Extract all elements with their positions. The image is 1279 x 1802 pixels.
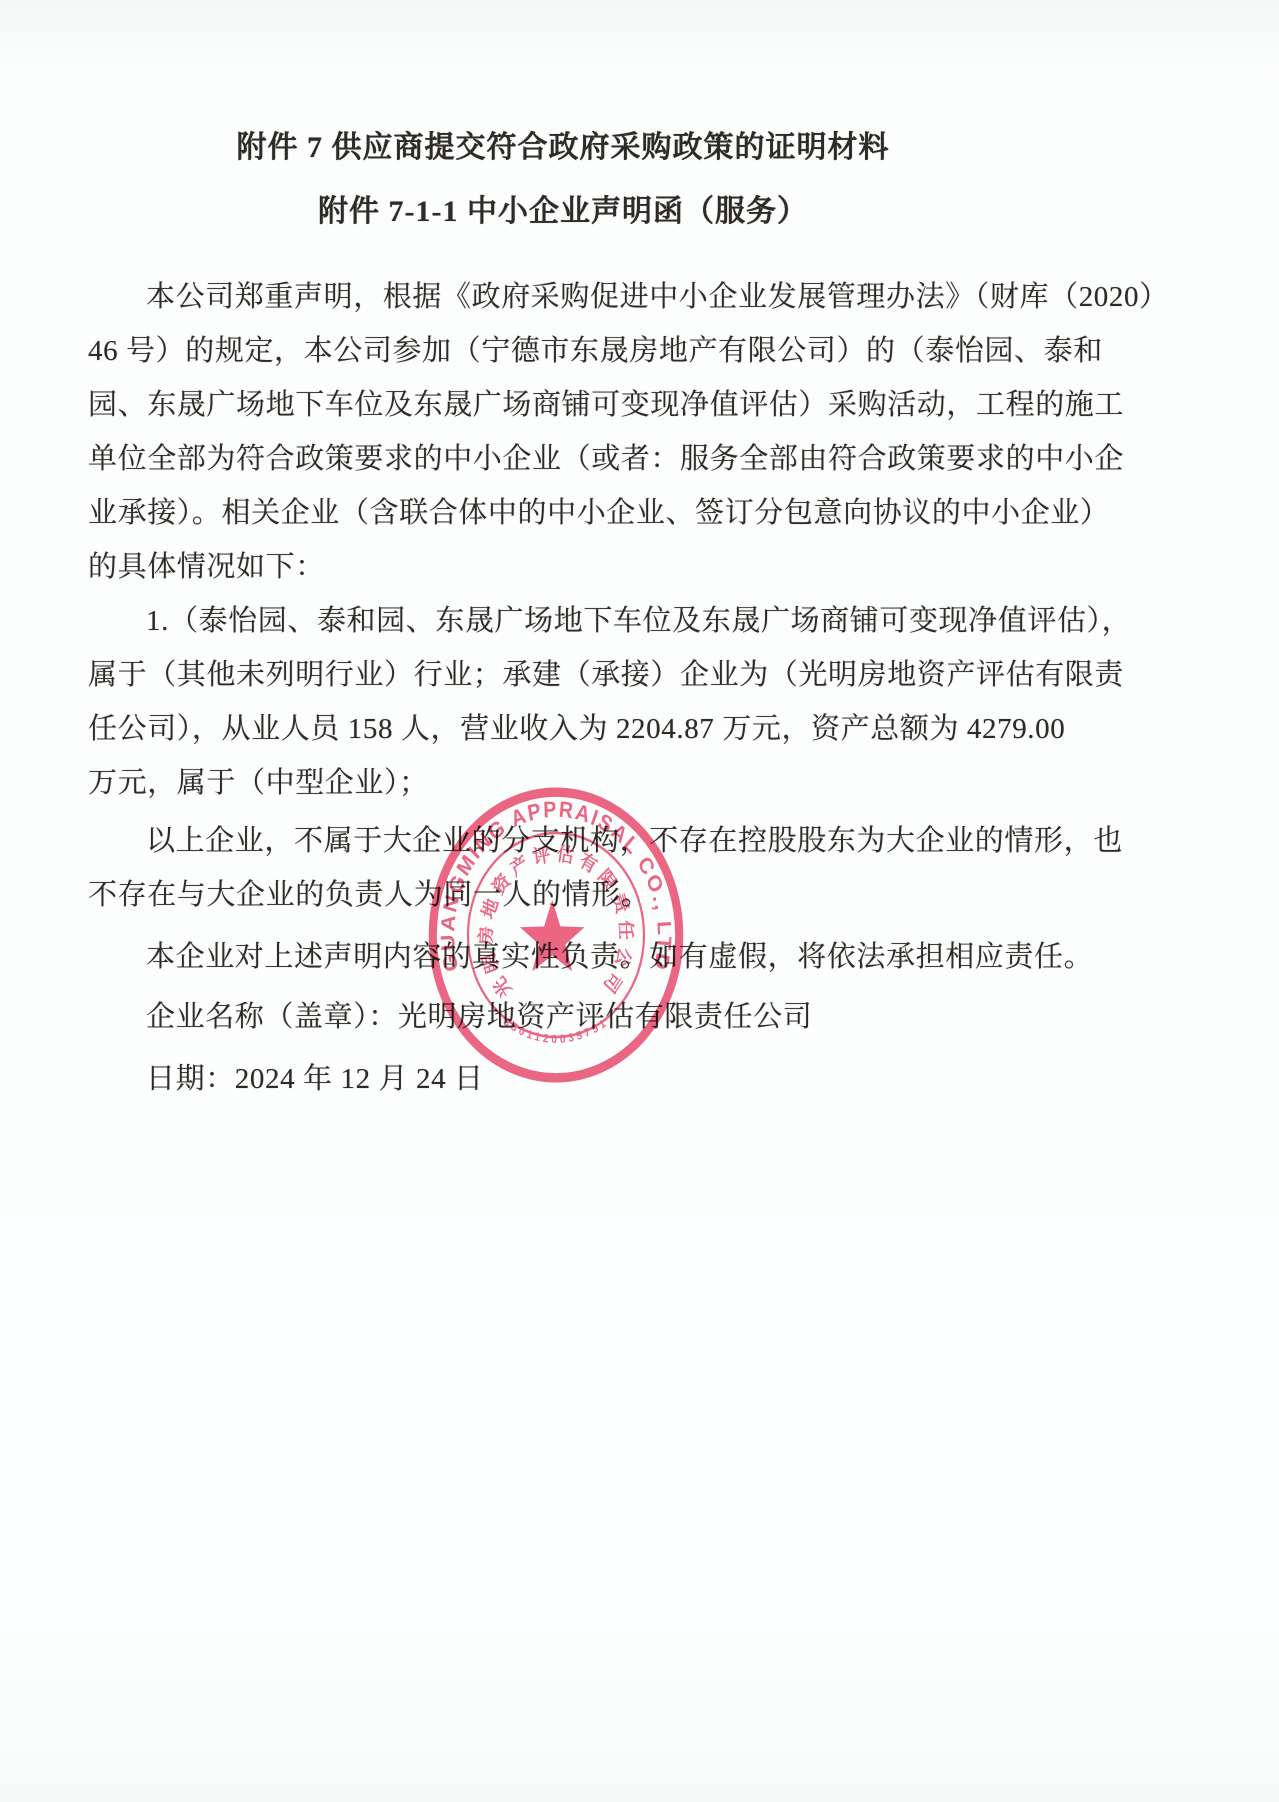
doc-line: 的具体情况如下： — [88, 540, 1128, 594]
doc-line: 以上企业，不属于大企业的分支机构，不存在控股股东为大企业的情形，也 — [88, 814, 1128, 868]
attachment-title: 附件 7 供应商提交符合政府采购政策的证明材料 — [88, 122, 1038, 166]
doc-line: 任公司），从业人员 158 人，营业收入为 2204.87 万元，资产总额为 4… — [88, 702, 1128, 756]
doc-line: 园、东晟广场地下车位及东晟广场商铺可变现净值评估）采购活动，工程的施工 — [88, 378, 1128, 432]
doc-line: 46 号）的规定，本公司参加（宁德市东晟房地产有限公司）的（泰怡园、泰和 — [88, 324, 1128, 378]
doc-line: 不存在与大企业的负责人为同一人的情形。 — [88, 868, 1128, 922]
doc-line: 属于（其他未列明行业）行业；承建（承接）企业为（光明房地资产评估有限责 — [88, 648, 1128, 702]
doc-line: 1.（泰怡园、泰和园、东晟广场地下车位及东晟广场商铺可变现净值评估）， — [88, 594, 1128, 648]
scanned-document-page: 附件 7 供应商提交符合政府采购政策的证明材料 附件 7-1-1 中小企业声明函… — [0, 0, 1279, 1802]
document-body: 本公司郑重声明，根据《政府采购促进中小企业发展管理办法》（财库（2020） 46… — [88, 270, 1128, 1106]
declaration-document: 附件 7 供应商提交符合政府采购政策的证明材料 附件 7-1-1 中小企业声明函… — [88, 0, 1128, 1106]
doc-line: 业承接）。相关企业（含联合体中的中小企业、签订分包意向协议的中小企业） — [88, 486, 1128, 540]
doc-line: 本企业对上述声明内容的真实性负责。如有虚假，将依法承担相应责任。 — [88, 930, 1128, 984]
doc-line: 本公司郑重声明，根据《政府采购促进中小企业发展管理办法》（财库（2020） — [88, 270, 1128, 324]
declaration-letter-title: 附件 7-1-1 中小企业声明函（服务） — [88, 186, 1038, 230]
doc-line: 万元，属于（中型企业）； — [88, 756, 1128, 810]
date-line: 日期：2024 年 12 月 24 日 — [88, 1052, 1128, 1106]
doc-line: 单位全部为符合政策要求的中小企业（或者：服务全部由符合政策要求的中小企 — [88, 432, 1128, 486]
company-name-line: 企业名称（盖章）：光明房地资产评估有限责任公司 — [88, 990, 1128, 1044]
